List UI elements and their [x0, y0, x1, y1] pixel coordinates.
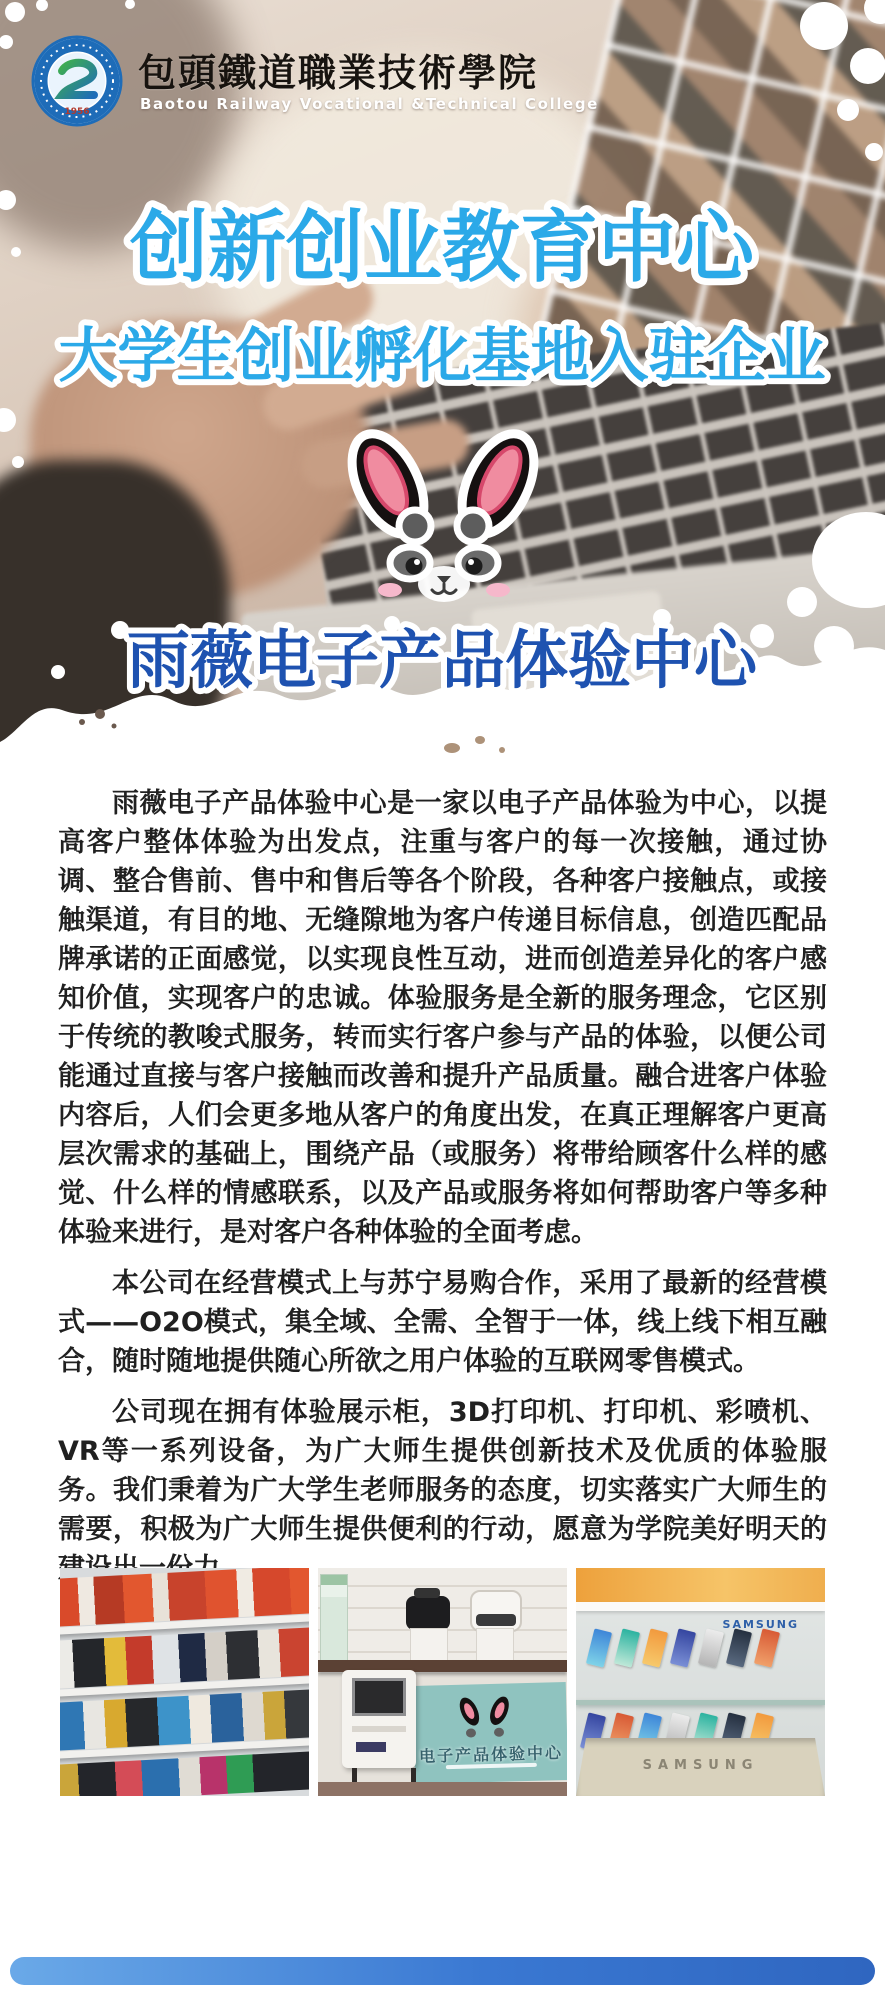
samsung-label-front: SAMSUNG	[576, 1758, 825, 1773]
paragraph-2: 本公司在经营模式上与苏宁易购合作，采用了最新的经营模式——O2O模式，集全域、全…	[58, 1264, 827, 1381]
banner-text: 电子产品体验中心	[414, 1740, 567, 1767]
svg-text:雨薇电子产品体验中心: 雨薇电子产品体验中心	[127, 624, 759, 697]
svg-text:大学生创业孵化基地入驻企业: 大学生创业孵化基地入驻企业	[58, 321, 825, 390]
floor	[318, 1782, 567, 1796]
vr-headset-white	[470, 1590, 522, 1632]
body-text-section: 雨薇电子产品体验中心是一家以电子产品体验为中心，以提高客户整体体验为出发点，注重…	[0, 762, 885, 1600]
printer-label	[356, 1742, 386, 1752]
rabbit-eye-icon	[494, 1728, 504, 1737]
paragraph-3: 公司现在拥有体验展示柜，3D打印机、打印机、彩喷机、VR等一系列设备，为广大师生…	[58, 1393, 827, 1588]
hero-photo: 1956 包頭鐵道職業技術學院 Baotou Railway Vocationa…	[0, 0, 885, 762]
product-row	[60, 1751, 309, 1796]
glass-shelf	[576, 1700, 825, 1705]
photo-accessories-shelf	[60, 1568, 309, 1796]
college-name-zh: 包頭鐵道職業技術學院	[138, 42, 698, 97]
center-title: 雨薇电子产品体验中心	[0, 606, 885, 706]
vr-headset-black	[406, 1596, 450, 1630]
orange-band	[576, 1568, 825, 1602]
photo-printer-vr: 电子产品体验中心	[318, 1568, 567, 1796]
phone	[586, 1628, 612, 1667]
college-emblem-icon: 1956	[30, 34, 124, 128]
phone	[726, 1628, 752, 1667]
hero-title-line1: 创新创业教育中心	[0, 186, 885, 300]
printer-slot	[352, 1726, 406, 1732]
rabbit-ear-icon	[456, 1695, 483, 1729]
ceiling-strip	[576, 1602, 825, 1611]
hero-title-line2: 大学生创业孵化基地入驻企业	[0, 306, 885, 400]
photo-samsung-display: SAMSUNG SAMSUNG	[576, 1568, 825, 1796]
phone	[642, 1628, 668, 1667]
bottom-blue-bar	[10, 1957, 875, 1985]
phone	[614, 1628, 640, 1667]
svg-text:创新创业教育中心: 创新创业教育中心	[130, 203, 757, 293]
printer-opening	[352, 1678, 406, 1716]
rabbit-ear-icon	[486, 1694, 512, 1728]
phone-row	[590, 1630, 776, 1666]
display-cabinet: SAMSUNG	[576, 1738, 825, 1796]
photo-strip: 电子产品体验中心 SAMSUNG	[60, 1568, 825, 1796]
display-cube	[410, 1628, 448, 1662]
phone	[698, 1628, 724, 1667]
college-name-en: Baotou Railway Vocational &Technical Col…	[140, 95, 599, 113]
rabbit-eye-icon	[466, 1728, 476, 1737]
rabbit-sticker-icon	[318, 426, 568, 606]
phone	[670, 1628, 696, 1667]
teal-banner: 电子产品体验中心	[413, 1682, 567, 1784]
paragraph-1: 雨薇电子产品体验中心是一家以电子产品体验为中心，以提高客户整体体验为出发点，注重…	[58, 784, 827, 1252]
wall-poster	[320, 1574, 348, 1668]
printer-3d	[342, 1670, 416, 1768]
display-cube	[476, 1628, 514, 1662]
logo-year: 1956	[64, 107, 89, 117]
poster-root: 1956 包頭鐵道職業技術學院 Baotou Railway Vocationa…	[0, 0, 885, 1993]
